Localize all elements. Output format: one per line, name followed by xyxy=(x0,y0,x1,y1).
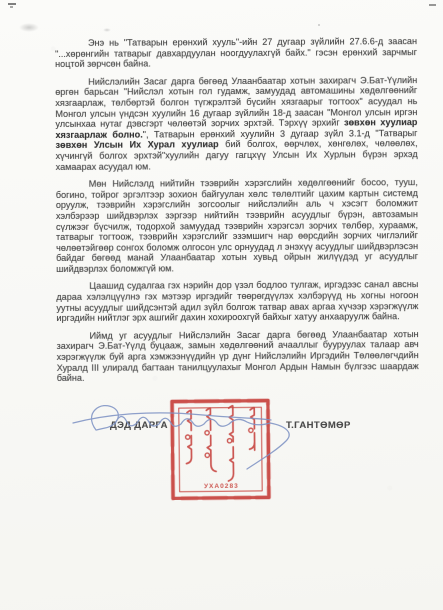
paragraph: Иймд уг асуудлыг Нийслэлийн Засаг дарга … xyxy=(57,329,419,384)
scan-dot xyxy=(318,24,320,26)
scan-smudge xyxy=(103,28,111,32)
signer-name: Т.ГАНТӨМӨР xyxy=(286,420,351,431)
document-body: Энэ нь "Татварын ерөнхий хууль"-ийн 27 д… xyxy=(55,36,419,384)
paragraph-text: Энэ нь "Татварын ерөнхий хууль"-ийн 27 д… xyxy=(55,36,417,69)
paragraph: Нийслэлийн Засаг дарга бөгөөд Улаанбаата… xyxy=(55,75,417,172)
scan-smudge xyxy=(19,23,39,32)
paragraph-text: Иймд уг асуудлыг Нийслэлийн Засаг дарга … xyxy=(57,329,419,383)
scan-artifact xyxy=(8,3,16,5)
bold-emphasis: зөвхөн Улсын Их Хурал хуулиар xyxy=(56,139,219,150)
scan-artifact xyxy=(429,4,436,6)
signer-title: ДЭД ДАРГА xyxy=(110,420,168,431)
paragraph: Энэ нь "Татварын ерөнхий хууль"-ийн 27 д… xyxy=(55,36,417,70)
paragraph-text: ", Татварын ерөнхий хуулийн 3 дугаар зүй… xyxy=(143,128,418,139)
paragraph: Мөн Нийслэлд нийтийн тээврийн хэрэгслийн… xyxy=(56,177,418,274)
scanned-letter-page: Энэ нь "Татварын ерөнхий хууль"-ийн 27 д… xyxy=(0,0,443,610)
paragraph-text: Цаашид судалгаа гэх нэрийн дор үзэл бодл… xyxy=(56,280,418,324)
letter-content: Энэ нь "Татварын ерөнхий хууль"-ийн 27 д… xyxy=(55,36,419,391)
stamp-serial-code: УХА0283 xyxy=(204,483,239,490)
official-seal-stamp-icon: УХА0283 xyxy=(169,397,272,502)
paragraph-text: Мөн Нийслэлд нийтийн тээврийн хэрэгслийн… xyxy=(56,177,418,274)
paragraph: Цаашид судалгаа гэх нэрийн дор үзэл бодл… xyxy=(56,280,418,324)
scan-artifact xyxy=(10,6,13,8)
